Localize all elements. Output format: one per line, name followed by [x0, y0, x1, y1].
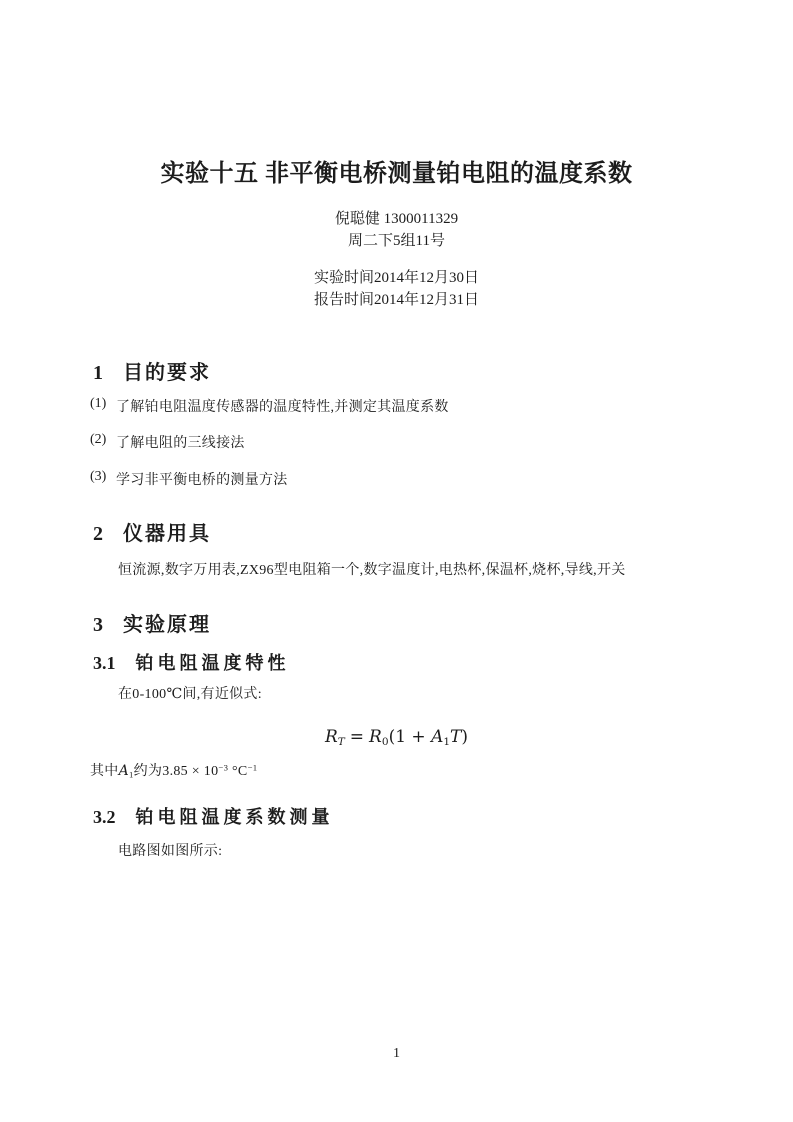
- math-var-T: T: [450, 727, 461, 747]
- item-3-marker: (3): [90, 469, 116, 489]
- note-unit: °C: [228, 764, 247, 779]
- note-value: 3.85 × 10: [162, 764, 218, 779]
- item-3-text: 学习非平衡电桥的测量方法: [116, 469, 288, 489]
- section-1-number: 1: [93, 362, 103, 384]
- approximation-intro: 在0-100℃间,有近似式:: [118, 683, 262, 703]
- item-1-marker: (1): [90, 396, 116, 416]
- resistance-temperature-formula: RT=R0(1 + A1T): [0, 727, 793, 748]
- subsection-3-1-heading: 3.1铂电阻温度特性: [93, 649, 290, 675]
- page-number: 1: [0, 1046, 793, 1062]
- subsection-3-2-heading: 3.2铂电阻温度系数测量: [93, 803, 334, 829]
- section-1-title: 目的要求: [123, 362, 211, 384]
- document-page: 实验十五 非平衡电桥测量铂电阻的温度系数 倪聪健 1300011329 周二下5…: [0, 0, 793, 1122]
- note-exponent: −3: [218, 763, 228, 773]
- report-date-line: 报告时间2014年12月31日: [0, 288, 793, 309]
- math-sub-T: T: [338, 736, 345, 748]
- section-3-title: 实验原理: [123, 614, 211, 636]
- subsection-3-1-number: 3.1: [93, 653, 116, 673]
- math-var-A: A: [431, 727, 443, 747]
- note-mid: 约为: [134, 764, 163, 779]
- math-sub-0: 0: [382, 736, 389, 748]
- item-2-marker: (2): [90, 432, 116, 452]
- author-line: 倪聪健 1300011329: [0, 207, 793, 228]
- section-1-heading: 1目的要求: [93, 356, 211, 385]
- group-line: 周二下5组11号: [0, 229, 793, 250]
- objective-item-3: (3)学习非平衡电桥的测量方法: [90, 469, 288, 489]
- subsection-3-2-title: 铂电阻温度系数测量: [136, 807, 334, 827]
- note-prefix: 其中: [90, 764, 119, 779]
- section-2-number: 2: [93, 523, 103, 545]
- item-1-text: 了解铂电阻温度传感器的温度特性,并测定其温度系数: [116, 396, 449, 416]
- objective-item-2: (2)了解电阻的三线接法: [90, 432, 245, 452]
- subsection-3-2-number: 3.2: [93, 807, 116, 827]
- section-2-title: 仪器用具: [123, 523, 211, 545]
- section-2-heading: 2仪器用具: [93, 517, 211, 546]
- note-unit-exponent: −1: [248, 763, 258, 773]
- instruments-paragraph: 恒流源,数字万用表,ZX96型电阻箱一个,数字温度计,电热杯,保温杯,烧杯,导线…: [118, 559, 626, 579]
- note-var-A: A: [119, 763, 129, 779]
- section-3-heading: 3实验原理: [93, 608, 211, 637]
- section-3-number: 3: [93, 614, 103, 636]
- circuit-diagram-paragraph: 电路图如图所示:: [118, 840, 222, 860]
- math-equals: =: [350, 727, 364, 747]
- subsection-3-1-title: 铂电阻温度特性: [136, 653, 290, 673]
- report-title: 实验十五 非平衡电桥测量铂电阻的温度系数: [0, 153, 793, 188]
- coefficient-note: 其中A1约为3.85 × 10−3 °C−1: [90, 760, 257, 780]
- math-open-paren: (1 +: [389, 727, 432, 747]
- math-close-paren: ): [461, 727, 468, 747]
- experiment-date-line: 实验时间2014年12月30日: [0, 266, 793, 287]
- math-var-R: R: [325, 727, 338, 747]
- math-var-R0: R: [369, 727, 382, 747]
- item-2-text: 了解电阻的三线接法: [116, 432, 245, 452]
- objective-item-1: (1)了解铂电阻温度传感器的温度特性,并测定其温度系数: [90, 396, 449, 416]
